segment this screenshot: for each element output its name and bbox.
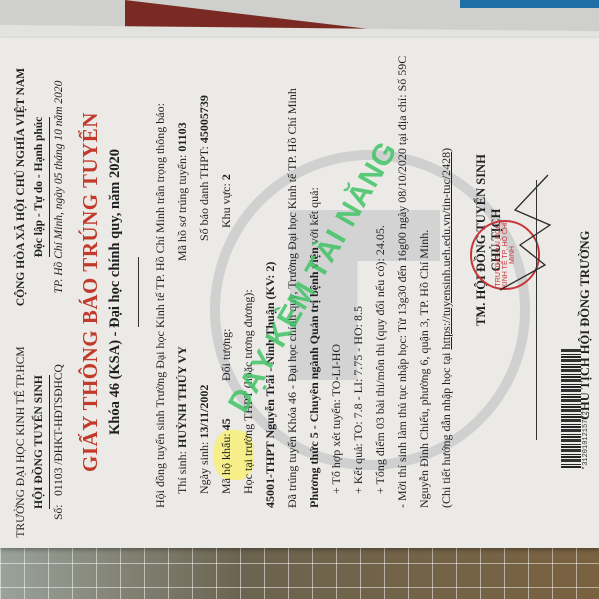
details-line: (Chi tiết hướng dẫn nhập học tại https:/…: [435, 42, 457, 542]
combo-line: + Tổ hợp xét tuyển: TO-LI-HO: [325, 42, 347, 542]
motto: Độc lập - Tự do - Hạnh phúc: [30, 117, 50, 258]
barcode: [561, 348, 581, 468]
region-value: 2: [219, 174, 233, 180]
result-line: + Kết quả: TO: 7.8 - LI: 7.75 - HO: 8.5: [347, 42, 369, 542]
letter-title: GIẤY THÔNG BÁO TRÚNG TUYỂN: [78, 42, 103, 542]
nation-name: CỘNG HÒA XÃ HỘI CHỦ NGHĨA VIỆT NAM: [12, 42, 30, 332]
number-label: Số:: [53, 505, 65, 520]
details-suffix: ): [439, 148, 453, 152]
school-value: 45001-THPT Nguyễn Trãi - Ninh Thuận (KV:…: [259, 42, 281, 542]
exam-id: 45005739: [197, 95, 211, 143]
candidate-row: Thí sinh: HUỲNH THÚY VY Mã hồ sơ trúng t…: [171, 42, 193, 542]
council-name: HỘI ĐỒNG TUYỂN SINH: [30, 375, 50, 509]
letter-header: TRƯỜNG ĐẠI HỌC KINH TẾ TP.HCM HỘI ĐỒNG T…: [12, 42, 68, 542]
household-row: Mã hộ khẩu: 45 Đối tượng: Khu vực: 2: [215, 42, 237, 542]
org-name: TRƯỜNG ĐẠI HỌC KINH TẾ TP.HCM: [12, 342, 30, 542]
letter-subtitle: Khóa 46 (KSA) - Đại học chính quy, năm 2…: [107, 42, 124, 542]
barcode-number: *3120101215772*: [582, 407, 590, 470]
region-label: Khu vực:: [219, 183, 233, 228]
blue-folder-edge: [460, 0, 599, 8]
dob-value: 13/11/2002: [197, 385, 211, 439]
candidate-name: HUỲNH THÚY VY: [175, 346, 189, 448]
divider: [138, 257, 139, 327]
school-label: Học tại trường THPT (hoặc tương đương):: [237, 42, 259, 542]
signature-icon: [490, 170, 560, 300]
signature-line: [536, 180, 537, 440]
file-code-label: Mã hồ sơ trúng tuyển:: [175, 155, 189, 261]
number-value: 01103 /ĐHKT-HĐTSĐHCQ: [53, 364, 65, 496]
file-code: 01103: [175, 122, 189, 151]
household-label: Mã hộ khẩu:: [219, 433, 233, 494]
invite-line: - Mời thí sinh làm thủ tục nhập học: Từ …: [391, 42, 413, 542]
enrollment-guide-link[interactable]: https://tuyensinh.ueh.edu.vn/tin-tuc/242…: [439, 152, 453, 350]
header-left: TRƯỜNG ĐẠI HỌC KINH TẾ TP.HCM HỘI ĐỒNG T…: [12, 342, 68, 542]
object-label: Đối tượng:: [219, 328, 233, 381]
total-line: + Tổng điểm 03 bài thi/môn thi (quy đổi …: [369, 42, 391, 542]
details-prefix: (Chi tiết hướng dẫn nhập học tại: [439, 350, 453, 508]
cutting-mat-background: [0, 540, 599, 599]
issue-date: TP. Hồ Chí Minh, ngày 05 tháng 10 năm 20…: [50, 42, 68, 332]
household-value: 45: [219, 418, 233, 430]
header-right: CỘNG HÒA XÃ HỘI CHỦ NGHĨA VIỆT NAM Độc l…: [12, 42, 68, 332]
candidate-label: Thí sinh:: [175, 451, 189, 494]
dob-label: Ngày sinh:: [197, 442, 211, 494]
intro-line: Hội đồng tuyển sinh Trường Đại học Kinh …: [149, 42, 171, 542]
dob-row: Ngày sinh: 13/11/2002 Số báo danh THPT: …: [193, 42, 215, 542]
address-line: Nguyễn Đình Chiểu, phường 6, quận 3, TP.…: [413, 42, 435, 542]
exam-id-label: Số báo danh THPT:: [197, 146, 211, 241]
